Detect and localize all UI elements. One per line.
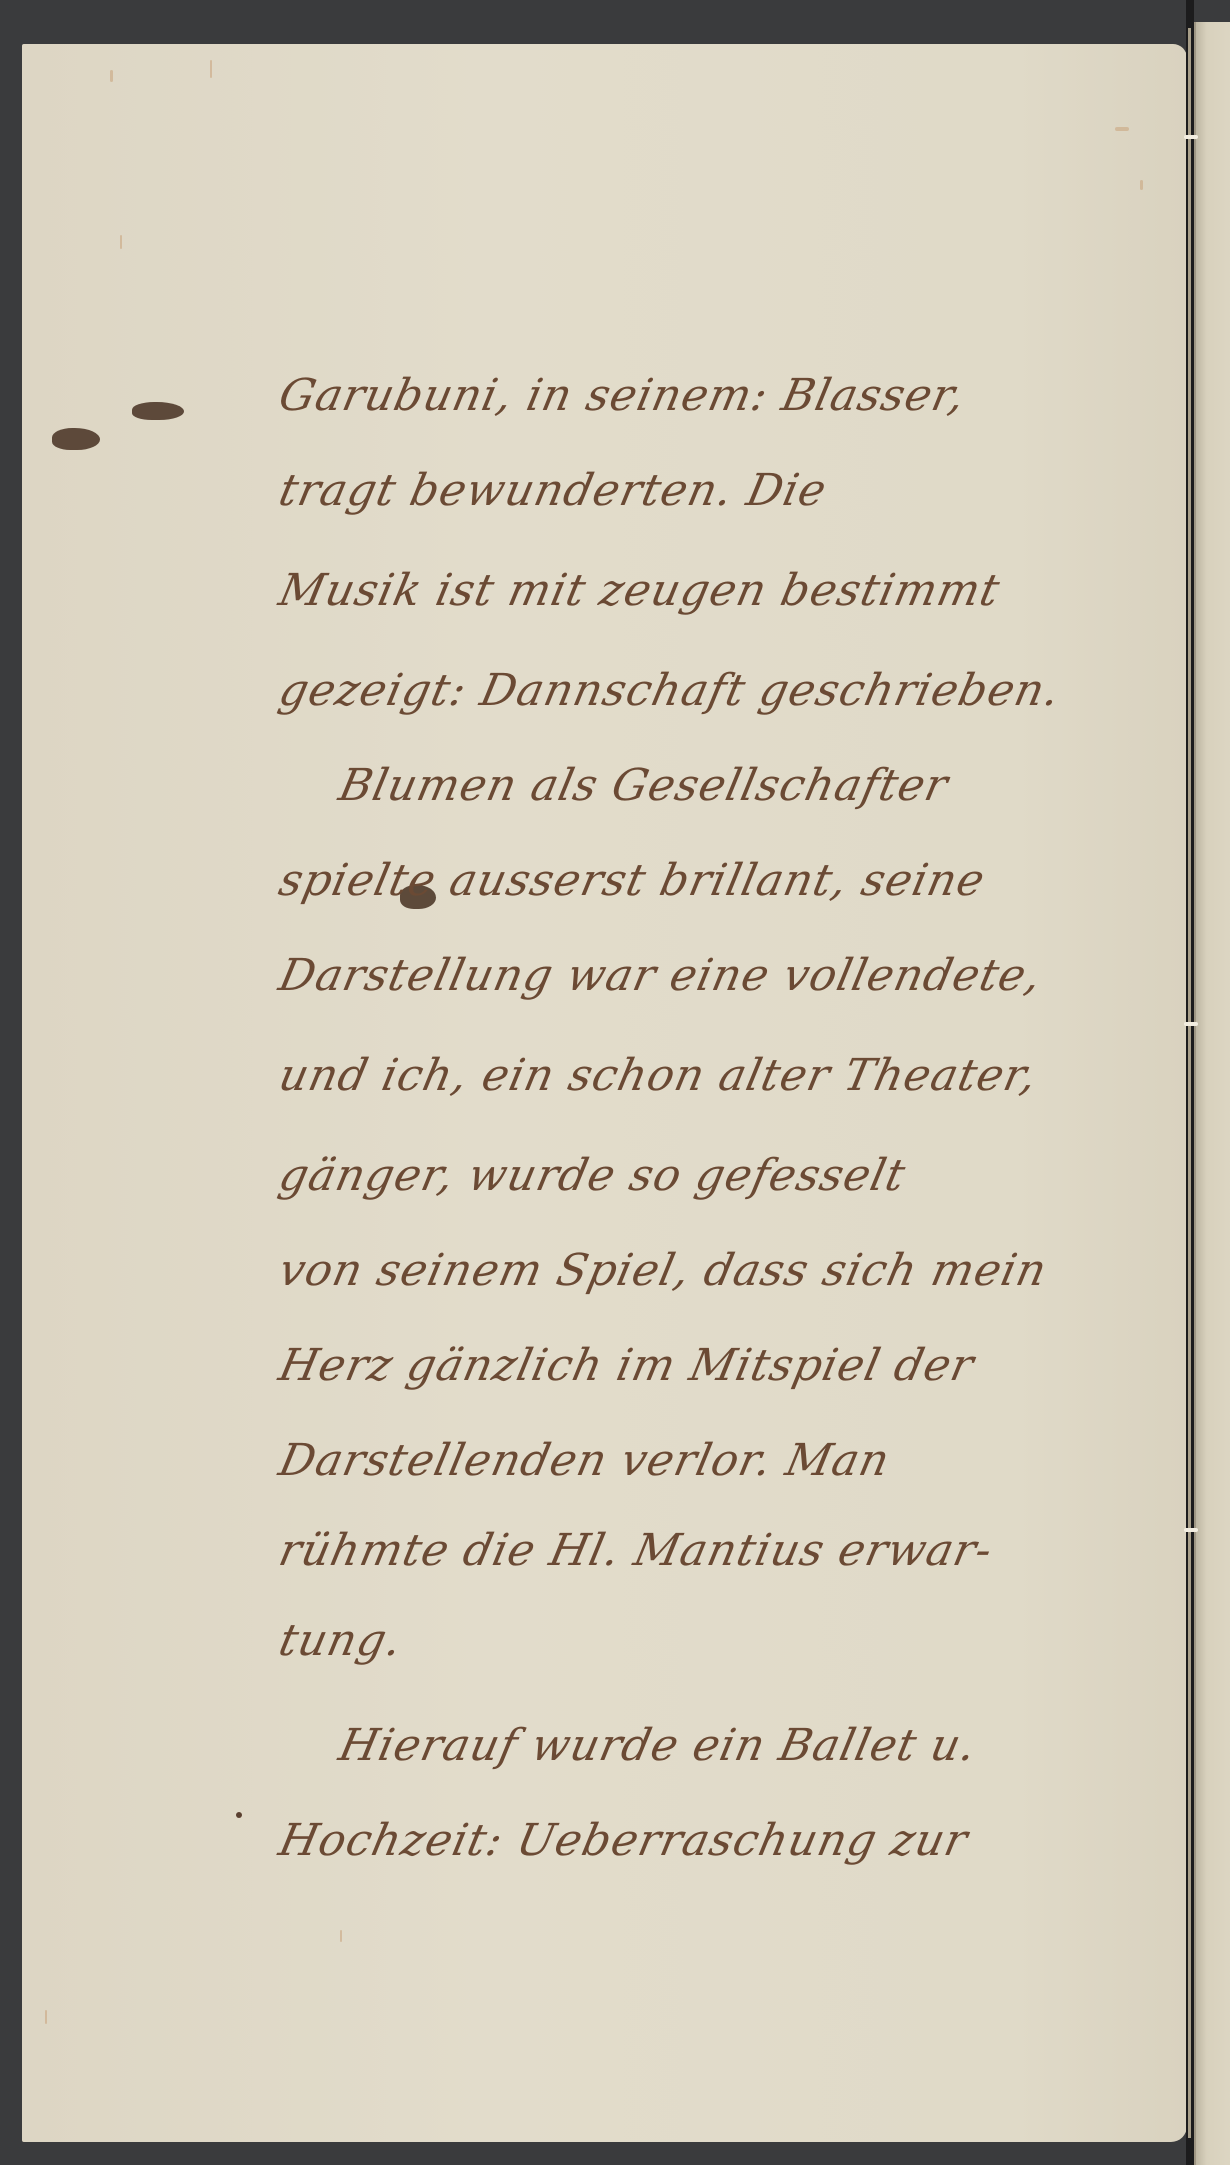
adjacent-page-edge <box>1194 22 1230 2165</box>
binding-stitch <box>1184 1528 1198 1532</box>
text-line: tung. <box>275 1615 407 1666</box>
text-line: und ich, ein schon alter Theater, <box>275 1050 1042 1101</box>
paper-fleck <box>210 60 212 78</box>
text-line: Hierauf wurde ein Ballet u. <box>335 1720 982 1771</box>
text-line: Herz gänzlich im Mitspiel der <box>275 1340 979 1391</box>
binding-stitch <box>1184 1022 1198 1026</box>
paper-fleck <box>45 2010 47 2024</box>
paper-fleck <box>110 70 113 82</box>
text-line: spielte ausserst brillant, seine <box>275 855 990 906</box>
text-line: Hochzeit: Ueberraschung zur <box>275 1815 973 1866</box>
paper-fleck <box>340 1930 342 1942</box>
paper-fleck <box>1115 127 1129 131</box>
text-line: tragt bewunderten. Die <box>275 465 832 516</box>
text-line: Blumen als Gesellschafter <box>335 760 953 811</box>
text-line: rühmte die Hl. Mantius erwar- <box>275 1525 998 1576</box>
binding-stitch <box>1184 135 1198 139</box>
text-line: gänger, wurde so gefesselt <box>275 1150 911 1201</box>
paper-fleck <box>120 235 122 249</box>
paper-fleck <box>1140 180 1143 190</box>
text-line: gezeigt: Dannschaft geschrieben. <box>275 665 1065 716</box>
text-line: Musik ist mit zeugen bestimmt <box>275 565 1005 616</box>
text-line: Darstellung war eine vollendete, <box>275 950 1047 1001</box>
ink-dot <box>236 1812 242 1818</box>
ink-blot <box>132 402 184 420</box>
text-line: Darstellenden verlor. Man <box>275 1435 895 1486</box>
ink-blot <box>52 428 100 450</box>
text-line: Garubuni, in seinem: Blasser, <box>275 370 971 421</box>
text-line: von seinem Spiel, dass sich mein <box>275 1245 1052 1296</box>
binding-edge <box>1188 28 1191 2138</box>
